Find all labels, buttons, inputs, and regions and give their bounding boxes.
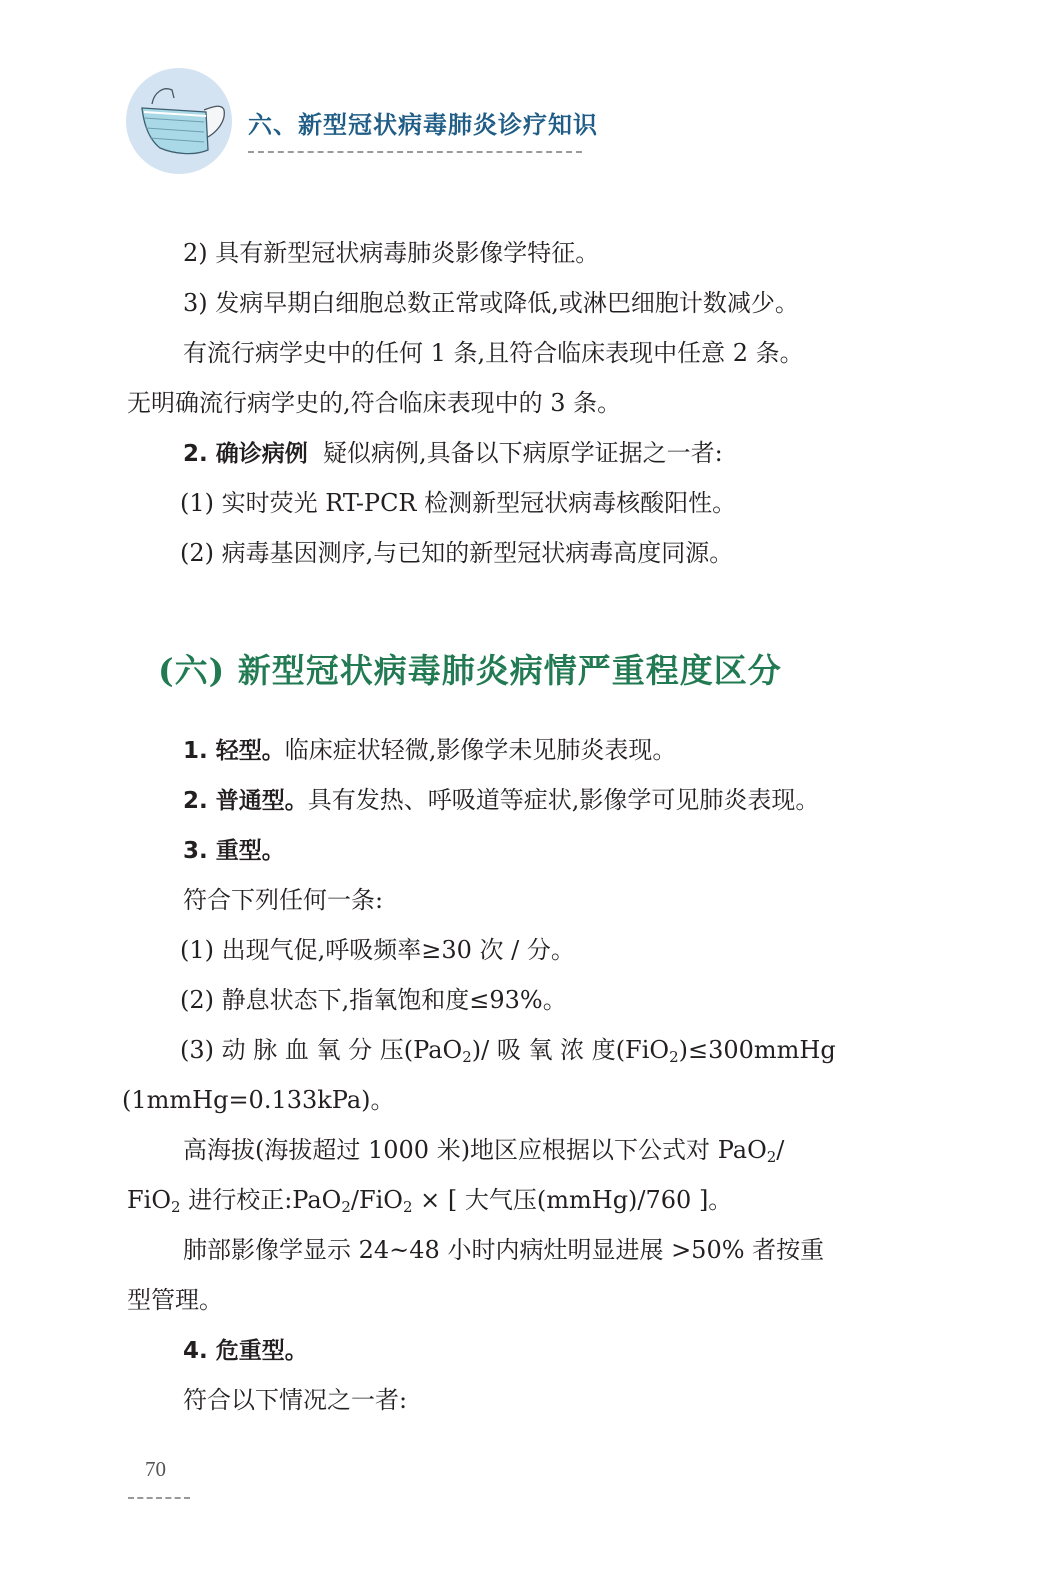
severity-mild: 1. 轻型。临床症状轻微,影像学未见肺炎表现。 bbox=[183, 735, 676, 766]
paragraph-line: 有流行病学史中的任何 1 条,且符合临床表现中任意 2 条。 bbox=[183, 338, 804, 368]
severity-severe: 3. 重型。 bbox=[183, 835, 285, 866]
criterion-line: 2) 具有新型冠状病毒肺炎影像学特征。 bbox=[183, 238, 599, 268]
paragraph-line: FiO2 进行校正:PaO2/FiO2 × [ 大气压(mmHg)/760 ]。 bbox=[127, 1185, 732, 1215]
text-segment: 高海拔(海拔超过 1000 米)地区应根据以下公式对 PaO bbox=[183, 1136, 767, 1164]
text-segment: )/ 吸 氧 浓 度(FiO bbox=[472, 1036, 669, 1064]
confirmed-case-label: 2. 确诊病例 bbox=[183, 441, 308, 467]
severe-criterion: (3) 动 脉 血 氧 分 压(PaO2)/ 吸 氧 浓 度(FiO2)≤300… bbox=[180, 1035, 836, 1065]
text-segment: (3) 动 脉 血 氧 分 压(PaO bbox=[180, 1036, 462, 1064]
text-segment: × [ 大气压(mmHg)/760 ]。 bbox=[413, 1186, 733, 1214]
paragraph-line: 符合以下情况之一者: bbox=[183, 1385, 407, 1415]
footer-dashed-divider bbox=[128, 1497, 190, 1499]
paragraph-line: 型管理。 bbox=[127, 1285, 223, 1315]
severity-label: 4. 危重型。 bbox=[183, 1338, 308, 1364]
confirmed-case-text: 疑似病例,具备以下病原学证据之一者: bbox=[323, 439, 723, 467]
severity-label: 1. 轻型。 bbox=[183, 738, 285, 764]
severity-critical: 4. 危重型。 bbox=[183, 1335, 308, 1366]
subscript: 2 bbox=[462, 1048, 472, 1066]
subscript: 2 bbox=[767, 1148, 777, 1166]
text-segment: /FiO bbox=[351, 1186, 403, 1214]
severe-criterion: (1) 出现气促,呼吸频率≥30 次 / 分。 bbox=[180, 935, 575, 965]
page-number: 70 bbox=[145, 1457, 166, 1482]
severity-text: 具有发热、呼吸道等症状,影像学可见肺炎表现。 bbox=[308, 786, 820, 814]
text-segment: 进行校正:PaO bbox=[181, 1186, 342, 1214]
confirmed-evidence-item: (1) 实时荧光 RT-PCR 检测新型冠状病毒核酸阳性。 bbox=[180, 488, 736, 518]
face-mask-icon bbox=[124, 68, 234, 174]
severity-label: 2. 普通型。 bbox=[183, 788, 308, 814]
text-segment: FiO bbox=[127, 1186, 171, 1214]
dashed-divider bbox=[248, 151, 582, 153]
severe-criterion: (2) 静息状态下,指氧饱和度≤93%。 bbox=[180, 985, 567, 1015]
confirmed-evidence-item: (2) 病毒基因测序,与已知的新型冠状病毒高度同源。 bbox=[180, 538, 733, 568]
subscript: 2 bbox=[403, 1198, 413, 1216]
severity-text: 临床症状轻微,影像学未见肺炎表现。 bbox=[285, 736, 677, 764]
subscript: 2 bbox=[341, 1198, 351, 1216]
paragraph-line: 无明确流行病学史的,符合临床表现中的 3 条。 bbox=[127, 388, 621, 418]
severity-label: 3. 重型。 bbox=[183, 838, 285, 864]
criterion-line: 3) 发病早期白细胞总数正常或降低,或淋巴细胞计数减少。 bbox=[183, 288, 799, 318]
chapter-header: 六、新型冠状病毒肺炎诊疗知识 bbox=[124, 68, 604, 178]
text-segment: / bbox=[776, 1136, 784, 1164]
section-heading: (六) 新型冠状病毒肺炎病情严重程度区分 bbox=[158, 645, 782, 692]
paragraph-line: 肺部影像学显示 24~48 小时内病灶明显进展 >50% 者按重 bbox=[183, 1235, 824, 1265]
text-segment: )≤300mmHg bbox=[679, 1036, 836, 1064]
subscript: 2 bbox=[171, 1198, 181, 1216]
paragraph-line: 符合下列任何一条: bbox=[183, 885, 383, 915]
subscript: 2 bbox=[669, 1048, 679, 1066]
chapter-title: 六、新型冠状病毒肺炎诊疗知识 bbox=[248, 105, 598, 140]
paragraph-line: 高海拔(海拔超过 1000 米)地区应根据以下公式对 PaO2/ bbox=[183, 1135, 784, 1165]
paragraph-line: (1mmHg=0.133kPa)。 bbox=[122, 1085, 395, 1115]
confirmed-case-paragraph: 2. 确诊病例 疑似病例,具备以下病原学证据之一者: bbox=[183, 438, 723, 469]
severity-common: 2. 普通型。具有发热、呼吸道等症状,影像学可见肺炎表现。 bbox=[183, 785, 819, 816]
